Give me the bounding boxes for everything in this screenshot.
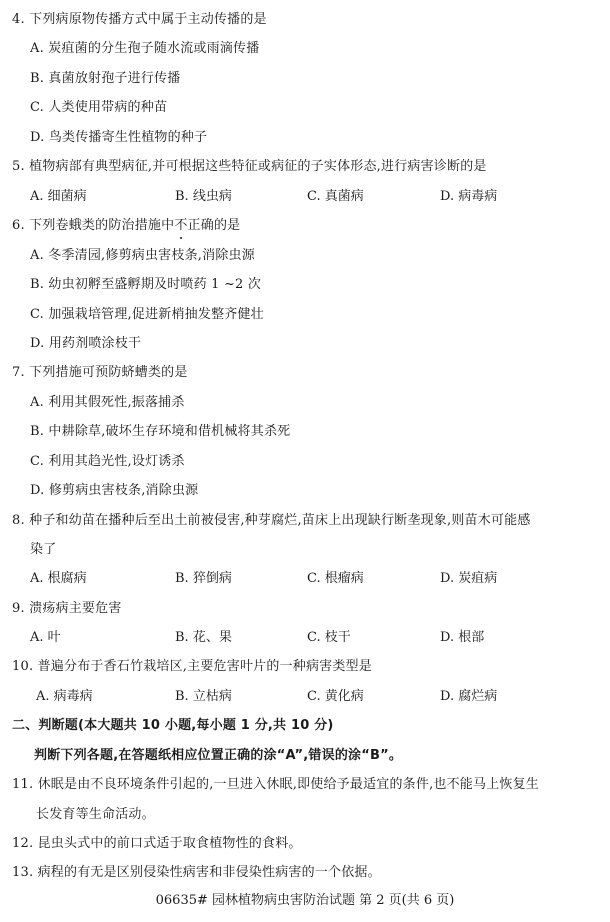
question-6-stem-before: 6. 下列卷蛾类的防治措施中 (12, 218, 174, 233)
question-13: 13. 病程的有无是区别侵染性病害和非侵染性病害的一个依据。 (12, 865, 381, 881)
question-9-options: A. 叶 B. 花、果 C. 枝干 D. 根部 (0, 630, 610, 646)
emphasis-mark: 不 (174, 218, 187, 234)
question-8-option-a: A. 根腐病 (30, 571, 87, 587)
question-5-options: A. 细菌病 B. 线虫病 C. 真菌病 D. 病毒病 (0, 189, 610, 205)
question-5-stem: 5. 植物病部有典型病征,并可根据这些特征或病征的子实体形态,进行病害诊断的是 (12, 159, 487, 175)
section-2-title: 二、判断题(本大题共 10 小题,每小题 1 分,共 10 分) (12, 718, 334, 734)
question-10-option-c: C. 黄化病 (307, 689, 364, 705)
question-4-option-a: A. 炭疽菌的分生孢子随水流或雨滴传播 (30, 41, 259, 57)
question-7-option-d: D. 修剪病虫害枝条,消除虫源 (30, 483, 198, 499)
question-4-option-b: B. 真菌放射孢子进行传播 (30, 71, 180, 87)
question-7-option-a: A. 利用其假死性,振落捕杀 (30, 395, 185, 411)
question-8-stem-line2: 染了 (30, 542, 56, 558)
question-6-option-c: C. 加强栽培管理,促进新梢抽发整齐健壮 (30, 307, 264, 323)
question-5-option-a: A. 细菌病 (30, 189, 87, 205)
question-10-option-b: B. 立枯病 (175, 689, 232, 705)
question-11-line2: 长发育等生命活动。 (36, 807, 155, 823)
question-7-stem: 7. 下列措施可预防蛴螬类的是 (12, 365, 188, 381)
question-11-line1: 11. 休眠是由不良环境条件引起的,一旦进入休眠,即使给予最适宜的条件,也不能马… (12, 777, 539, 793)
question-6-stem: 6. 下列卷蛾类的防治措施中不正确的是 (12, 218, 240, 234)
section-2-instruction: 判断下列各题,在答题纸相应位置正确的涂“A”,错误的涂“B”。 (34, 748, 402, 764)
question-8-options: A. 根腐病 B. 猝倒病 C. 根瘤病 D. 炭疽病 (0, 571, 610, 587)
question-8-option-b: B. 猝倒病 (175, 571, 232, 587)
question-5-option-d: D. 病毒病 (440, 189, 497, 205)
question-4-option-c: C. 人类使用带病的种苗 (30, 100, 167, 116)
question-9-option-b: B. 花、果 (175, 630, 232, 646)
question-7-option-c: C. 利用其趋光性,设灯诱杀 (30, 454, 185, 470)
question-9-option-d: D. 根部 (440, 630, 484, 646)
question-8-option-d: D. 炭疽病 (440, 571, 497, 587)
question-4-option-d: D. 鸟类传播寄生性植物的种子 (30, 130, 207, 146)
question-5-option-b: B. 线虫病 (175, 189, 232, 205)
question-10-option-a: A. 病毒病 (36, 689, 93, 705)
question-4-stem: 4. 下列病原物传播方式中属于主动传播的是 (12, 12, 267, 28)
page-footer: 06635# 园林植物病虫害防治试题 第 2 页(共 6 页) (0, 893, 610, 909)
question-10-stem: 10. 普遍分布于香石竹栽培区,主要危害叶片的一种病害类型是 (12, 659, 372, 675)
question-9-option-a: A. 叶 (30, 630, 61, 646)
question-6-option-a: A. 冬季清园,修剪病虫害枝条,消除虫源 (30, 248, 255, 264)
question-10-options: A. 病毒病 B. 立枯病 C. 黄化病 D. 腐烂病 (0, 689, 610, 705)
question-9-stem: 9. 溃疡病主要危害 (12, 601, 122, 617)
question-6-option-d: D. 用药剂喷涂枝干 (30, 336, 141, 352)
question-6-option-b: B. 幼虫初孵至盛孵期及时喷药 1 ~2 次 (30, 277, 261, 293)
question-8-stem-line1: 8. 种子和幼苗在播种后至出土前被侵害,种芽腐烂,苗床上出现缺行断垄现象,则苗木… (12, 513, 531, 529)
question-12: 12. 昆虫头式中的前口式适于取食植物性的食料。 (12, 836, 302, 852)
question-5-option-c: C. 真菌病 (307, 189, 364, 205)
question-6-stem-after: 正确的是 (188, 218, 241, 233)
question-7-option-b: B. 中耕除草,破坏生存环境和借机械将其杀死 (30, 424, 290, 440)
question-9-option-c: C. 枝干 (307, 630, 351, 646)
question-10-option-d: D. 腐烂病 (440, 689, 497, 705)
question-8-option-c: C. 根瘤病 (307, 571, 364, 587)
